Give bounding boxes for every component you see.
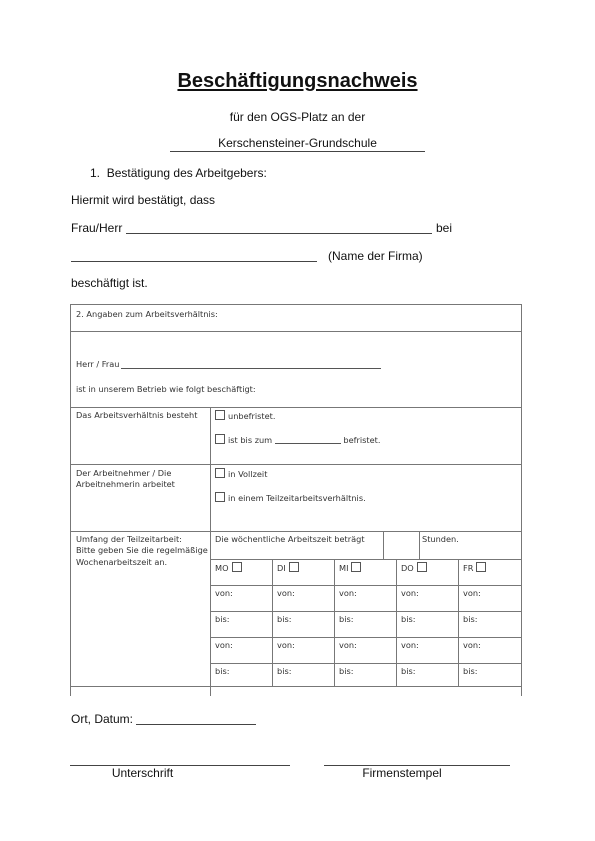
stamp-label: Firmenstempel bbox=[324, 766, 480, 780]
day-label: MO bbox=[215, 563, 229, 573]
intro-text: Hiermit wird bestätigt, dass bbox=[71, 193, 215, 207]
day-di[interactable]: DI bbox=[277, 562, 302, 573]
heading-text: Bestätigung des Arbeitgebers: bbox=[107, 166, 267, 180]
company-label: (Name der Firma) bbox=[328, 249, 423, 263]
option-unbefristet[interactable]: unbefristet. bbox=[215, 410, 275, 421]
place-date-field[interactable] bbox=[136, 712, 256, 725]
end-date-field[interactable] bbox=[275, 435, 341, 444]
school-field: Kerschensteiner-Grundschule bbox=[170, 136, 425, 152]
worktime-label-1: Der Arbeitnehmer / Die bbox=[76, 468, 171, 478]
time-cell[interactable]: von: bbox=[339, 640, 357, 650]
time-cell[interactable]: bis: bbox=[277, 614, 292, 624]
day-mo[interactable]: MO bbox=[215, 562, 245, 573]
time-cell[interactable]: bis: bbox=[463, 666, 478, 676]
parttime-label-3: Wochenarbeitszeit an. bbox=[76, 557, 167, 567]
closing-text: beschäftigt ist. bbox=[71, 276, 148, 290]
weekly-hours-unit: Stunden. bbox=[422, 534, 459, 544]
title-text: Beschäftigungsnachweis bbox=[177, 70, 417, 92]
time-cell[interactable]: von: bbox=[463, 588, 481, 598]
day-label: MI bbox=[339, 563, 348, 573]
person-label: Frau/Herr bbox=[71, 221, 122, 235]
employment-details-table: 2. Angaben zum Arbeitsverhältnis: Herr /… bbox=[70, 304, 522, 696]
time-cell[interactable]: von: bbox=[215, 640, 233, 650]
worktime-label-2: Arbeitnehmerin arbeitet bbox=[76, 479, 175, 489]
checkbox[interactable] bbox=[215, 468, 225, 478]
school-name: Kerschensteiner-Grundschule bbox=[170, 136, 425, 152]
parttime-label-2: Bitte geben Sie die regelmäßige bbox=[76, 545, 208, 555]
employed-text: ist in unserem Betrieb wie folgt beschäf… bbox=[76, 384, 256, 394]
checkbox[interactable] bbox=[215, 410, 225, 420]
weekly-hours-label: Die wöchentliche Arbeitszeit beträgt bbox=[215, 534, 365, 544]
section2-heading: 2. Angaben zum Arbeitsverhältnis: bbox=[76, 309, 218, 319]
heading-number: 1. bbox=[90, 166, 100, 180]
time-cell[interactable]: bis: bbox=[215, 614, 230, 624]
option-label: unbefristet. bbox=[228, 411, 275, 421]
section1-heading: 1. Bestätigung des Arbeitgebers: bbox=[90, 166, 267, 180]
parttime-label-1: Umfang der Teilzeitarbeit: bbox=[76, 534, 182, 544]
signature-label: Unterschrift bbox=[70, 766, 215, 780]
option-label: ist bis zum bbox=[228, 435, 272, 445]
weekly-hours-field[interactable] bbox=[386, 534, 416, 554]
place-date-label: Ort, Datum: bbox=[71, 712, 133, 726]
contract-label: Das Arbeitsverhältnis besteht bbox=[76, 410, 197, 420]
checkbox[interactable] bbox=[351, 562, 361, 572]
checkbox[interactable] bbox=[289, 562, 299, 572]
time-cell[interactable]: von: bbox=[401, 588, 419, 598]
checkbox[interactable] bbox=[232, 562, 242, 572]
checkbox[interactable] bbox=[417, 562, 427, 572]
time-cell[interactable]: bis: bbox=[339, 614, 354, 624]
option-vollzeit[interactable]: in Vollzeit bbox=[215, 468, 267, 479]
option-label: in einem Teilzeitarbeitsverhältnis. bbox=[228, 493, 366, 503]
section2-person-field[interactable] bbox=[121, 360, 381, 369]
time-cell[interactable]: von: bbox=[277, 640, 295, 650]
person-name-field[interactable] bbox=[126, 221, 432, 234]
day-label: DI bbox=[277, 563, 286, 573]
option-teilzeit[interactable]: in einem Teilzeitarbeitsverhältnis. bbox=[215, 492, 366, 503]
day-fr[interactable]: FR bbox=[463, 562, 489, 573]
time-cell[interactable]: bis: bbox=[215, 666, 230, 676]
time-cell[interactable]: von: bbox=[339, 588, 357, 598]
checkbox[interactable] bbox=[476, 562, 486, 572]
time-cell[interactable]: bis: bbox=[277, 666, 292, 676]
time-cell[interactable]: von: bbox=[463, 640, 481, 650]
company-name-field[interactable] bbox=[71, 249, 317, 262]
time-cell[interactable]: bis: bbox=[339, 666, 354, 676]
option-label-post: befristet. bbox=[343, 435, 380, 445]
subtitle: für den OGS-Platz an der bbox=[0, 110, 595, 124]
day-label: FR bbox=[463, 563, 473, 573]
day-do[interactable]: DO bbox=[401, 562, 430, 573]
time-cell[interactable]: von: bbox=[401, 640, 419, 650]
checkbox[interactable] bbox=[215, 492, 225, 502]
option-label: in Vollzeit bbox=[228, 469, 267, 479]
time-cell[interactable]: bis: bbox=[401, 666, 416, 676]
day-label: DO bbox=[401, 563, 414, 573]
time-cell[interactable]: von: bbox=[277, 588, 295, 598]
day-mi[interactable]: MI bbox=[339, 562, 364, 573]
time-cell[interactable]: bis: bbox=[463, 614, 478, 624]
page-title: Beschäftigungsnachweis bbox=[0, 70, 595, 93]
section2-person-label: Herr / Frau bbox=[76, 359, 119, 369]
time-cell[interactable]: von: bbox=[215, 588, 233, 598]
bei-text: bei bbox=[436, 221, 452, 235]
time-cell[interactable]: bis: bbox=[401, 614, 416, 624]
option-befristet[interactable]: ist bis zum befristet. bbox=[215, 434, 380, 445]
checkbox[interactable] bbox=[215, 434, 225, 444]
